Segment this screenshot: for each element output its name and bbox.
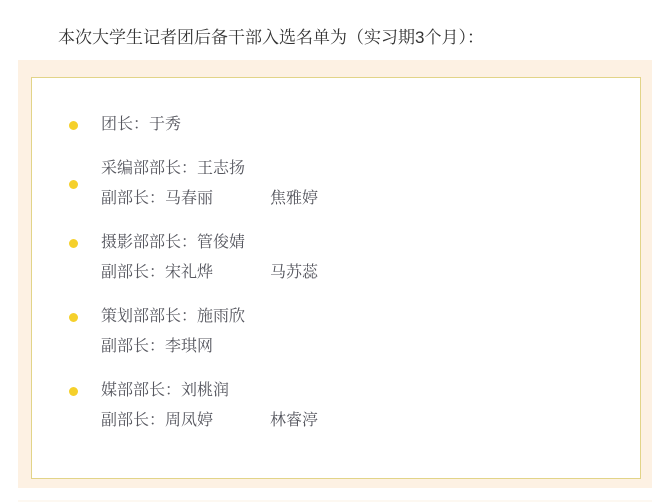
- member-line: 策划部部长：施雨欣: [101, 302, 245, 332]
- member-line: 副部长：周凤婷林睿渟: [101, 406, 318, 436]
- yellow-dot-icon: [69, 121, 78, 130]
- roster-item-planning: 策划部部长：施雨欣 副部长：李琪网: [69, 302, 600, 362]
- roster-band: 团长：于秀 采编部部长：王志扬 副部长：马春丽焦雅婷 摄影部部长：管俊婧 副部长…: [18, 60, 652, 488]
- member-text: 摄影部部长：管俊婧: [101, 234, 245, 251]
- roster-item-lines: 采编部部长：王志扬 副部长：马春丽焦雅婷: [101, 154, 318, 214]
- yellow-dot-icon: [69, 313, 78, 322]
- roster-item-media: 媒部部长：刘桃润 副部长：周凤婷林睿渟: [69, 376, 600, 436]
- roster-item-lines: 媒部部长：刘桃润 副部长：周凤婷林睿渟: [101, 376, 318, 436]
- member-second-name: 马苏蕊: [270, 264, 318, 281]
- roster-item-lines: 团长：于秀: [101, 110, 181, 140]
- member-line: 媒部部长：刘桃润: [101, 376, 318, 406]
- member-text: 副部长：宋礼烨: [101, 264, 213, 281]
- member-line: 团长：于秀: [101, 110, 181, 140]
- member-text: 团长：于秀: [101, 116, 181, 133]
- member-line: 副部长：李琪网: [101, 332, 245, 362]
- member-line: 采编部部长：王志扬: [101, 154, 318, 184]
- member-text: 策划部部长：施雨欣: [101, 308, 245, 325]
- member-text: 副部长：马春丽: [101, 190, 213, 207]
- yellow-dot-icon: [69, 387, 78, 396]
- member-text: 副部长：李琪网: [101, 338, 213, 355]
- page-title: 本次大学生记者团后备干部入选名单为（实习期3个月）：: [58, 27, 650, 48]
- roster-item-lines: 摄影部部长：管俊婧 副部长：宋礼烨马苏蕊: [101, 228, 318, 288]
- roster-list: 团长：于秀 采编部部长：王志扬 副部长：马春丽焦雅婷 摄影部部长：管俊婧 副部长…: [69, 110, 600, 436]
- member-text: 媒部部长：刘桃润: [101, 382, 229, 399]
- yellow-dot-icon: [69, 239, 78, 248]
- member-second-name: 焦雅婷: [270, 190, 318, 207]
- member-text: 采编部部长：王志扬: [101, 160, 245, 177]
- member-line: 副部长：马春丽焦雅婷: [101, 184, 318, 214]
- member-text: 副部长：周凤婷: [101, 412, 213, 429]
- roster-item-photography: 摄影部部长：管俊婧 副部长：宋礼烨马苏蕊: [69, 228, 600, 288]
- roster-item-leader: 团长：于秀: [69, 110, 600, 140]
- roster-item-lines: 策划部部长：施雨欣 副部长：李琪网: [101, 302, 245, 362]
- roster-card: 团长：于秀 采编部部长：王志扬 副部长：马春丽焦雅婷 摄影部部长：管俊婧 副部长…: [31, 77, 641, 479]
- roster-item-editorial: 采编部部长：王志扬 副部长：马春丽焦雅婷: [69, 154, 600, 214]
- member-line: 副部长：宋礼烨马苏蕊: [101, 258, 318, 288]
- yellow-dot-icon: [69, 180, 78, 189]
- member-line: 摄影部部长：管俊婧: [101, 228, 318, 258]
- member-second-name: 林睿渟: [270, 412, 318, 429]
